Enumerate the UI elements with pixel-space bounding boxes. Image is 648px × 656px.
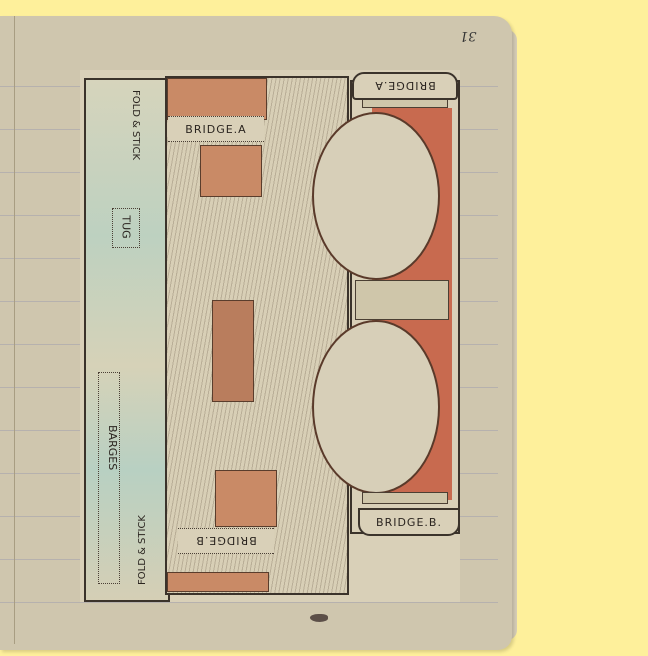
bridge-a-scene-text: BRIDGE.A [185,123,246,136]
ruled-line [0,602,498,603]
bridge-b-masonry [167,572,269,592]
bridge-arch-lower [312,320,440,494]
page-number: 31 [460,28,477,43]
fold-stick-label-top: FOLD & STICK [130,90,140,160]
bridge-b-tab-text: BRIDGE.B. [376,516,442,529]
city-buildings [212,300,254,402]
barges-label: BARGES [107,425,117,485]
bridge-parapet-bottom [362,492,448,504]
margin-line [14,16,15,644]
bridge-b-scene-label: BRIDGE.B [178,528,274,554]
bridge-b-scene-text: BRIDGE.B [195,535,256,548]
ink-stain [310,614,328,622]
tug-label: TUG [121,215,131,238]
bridge-arch-upper [312,112,440,280]
bridge-a-masonry [167,78,267,120]
cathedral-building [200,145,262,197]
bridge-pier [355,280,449,320]
bridge-a-scene-label: BRIDGE.A [168,116,264,142]
domed-building [215,470,277,527]
river-water-strip [84,78,170,602]
bridge-a-tab: BRIDGE.A [352,72,458,100]
bridge-a-tab-text: BRIDGE.A [374,80,435,93]
fold-stick-label-bottom: FOLD & STICK [138,515,148,585]
bridge-b-tab: BRIDGE.B. [358,508,460,536]
